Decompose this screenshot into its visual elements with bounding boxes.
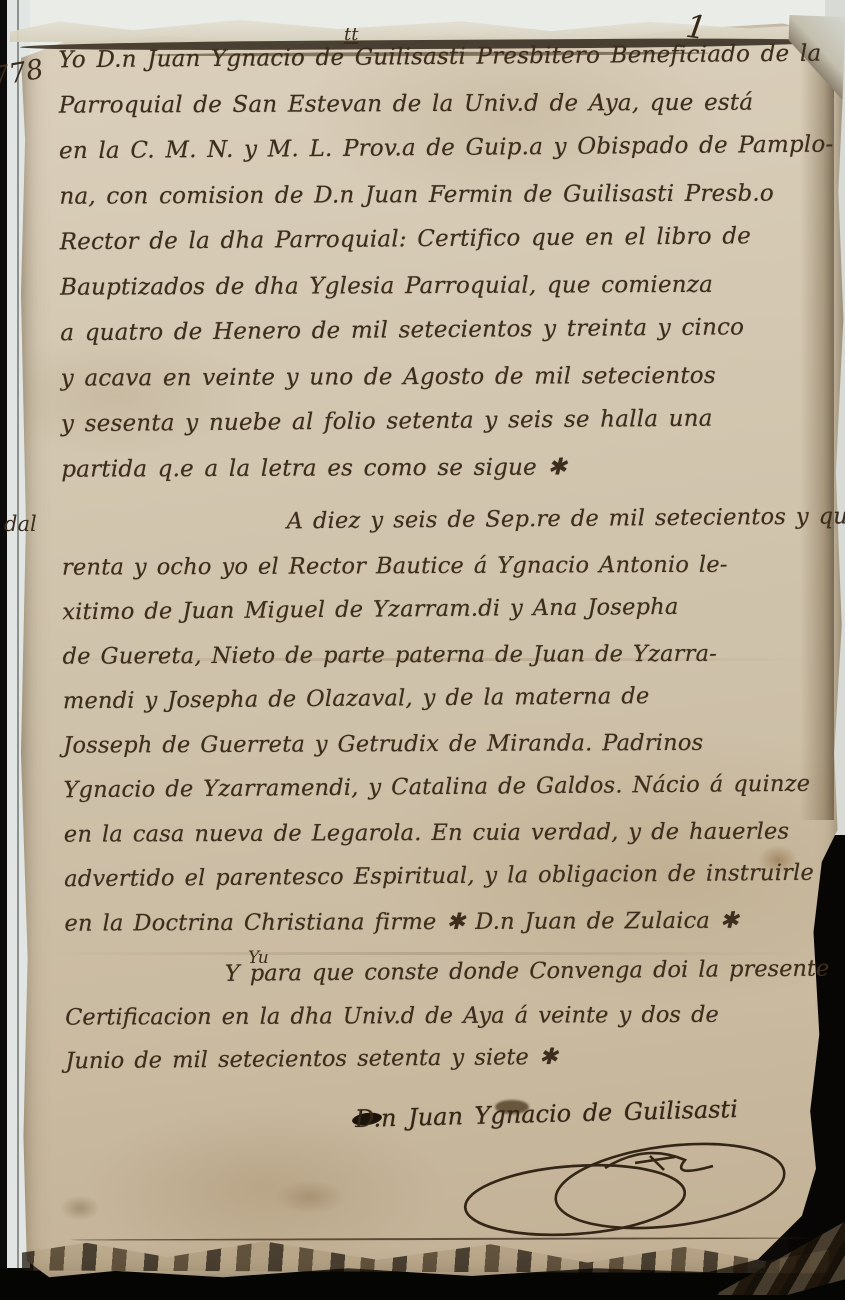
margin-note: dal xyxy=(4,512,37,536)
manuscript-line: na, con comision de D.n Juan Fermin de G… xyxy=(59,180,811,229)
manuscript-line: Y para que conste donde Convenga doi la … xyxy=(65,956,817,1006)
manuscript-line: renta y ocho yo el Rector Bautice á Ygna… xyxy=(62,551,814,599)
manuscript-line: de Guereta, Nieto de parte paterna de Ju… xyxy=(63,640,815,688)
manuscript-scan: 1 778 dal tt Yu Yo D.n Juan Ygnacio de G… xyxy=(0,0,845,1300)
manuscript-line: Josseph de Guerreta y Getrudix de Mirand… xyxy=(63,729,815,777)
manuscript-line: A diez y seis de Sep.re de mil setecient… xyxy=(62,504,814,555)
paragraph-closing: Y para que conste donde Convenga doi la … xyxy=(65,956,818,1090)
manuscript-line: Yo D.n Juan Ygnacio de Guilisasti Presbi… xyxy=(58,41,810,93)
manuscript-line: Bauptizados de dha Yglesia Parroquial, q… xyxy=(60,271,812,320)
scanner-bed-left-black-edge xyxy=(0,0,7,1300)
manuscript-line: Rector de la dha Parroquial: Certifico q… xyxy=(60,223,812,275)
manuscript-line: a quatro de Henero de mil setecientos y … xyxy=(60,314,812,366)
manuscript-line: partida q.e a la letra es como se sigue … xyxy=(61,453,813,502)
manuscript-line: y sesenta y nuebe al folio setenta y sei… xyxy=(61,405,813,457)
manuscript-line: Parroquial de San Estevan de la Univ.d d… xyxy=(59,89,811,138)
manuscript-line: y acava en veinte y uno de Agosto de mil… xyxy=(61,362,813,411)
signature-block: D.n Juan Ygnacio de Guilisasti xyxy=(355,1100,738,1128)
superscript-abbreviation-mark: tt xyxy=(344,28,358,44)
paragraph-baptism-record: A diez y seis de Sep.re de mil setecient… xyxy=(62,504,817,954)
manuscript-line: advertido el parentesco Espiritual, y la… xyxy=(64,860,816,911)
manuscript-line: Junio de mil setecientos setenta y siete… xyxy=(65,1042,817,1092)
paper-stain xyxy=(275,1180,345,1214)
manuscript-line: en la casa nueva de Legarola. En cuia ve… xyxy=(64,818,816,866)
paper-stain xyxy=(60,1195,100,1221)
manuscript-line: xitimo de Juan Miguel de Yzarram.di y An… xyxy=(62,593,814,644)
manuscript-line: Certificacion en la dha Univ.d de Aya á … xyxy=(65,1001,817,1047)
paragraph-certification-intro: Yo D.n Juan Ygnacio de Guilisasti Presbi… xyxy=(58,41,813,501)
manuscript-line: en la Doctrina Christiana firme ✱ D.n Ju… xyxy=(64,907,816,955)
manuscript-line: mendi y Josepha de Olazaval, y de la mat… xyxy=(63,682,815,733)
page-edge-line xyxy=(17,0,19,1300)
manuscript-line: Ygnacio de Yzarramendi, y Catalina de Ga… xyxy=(63,771,815,822)
signature-rubric-flourish xyxy=(455,1128,795,1248)
manuscript-line: en la C. M. N. y M. L. Prov.a de Guip.a … xyxy=(59,132,811,184)
manuscript-text: Yo D.n Juan Ygnacio de Guilisasti Presbi… xyxy=(58,41,817,1090)
